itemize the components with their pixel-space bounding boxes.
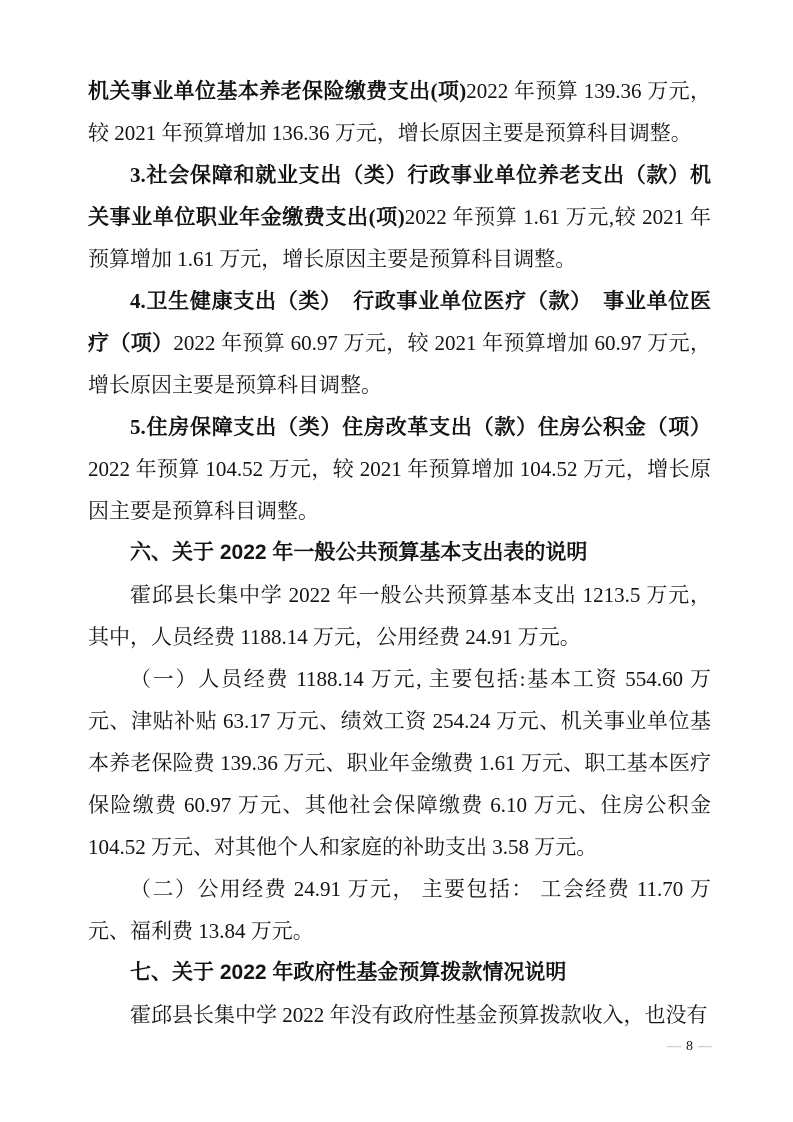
paragraph-item4-health-expenditure: 4.卫生健康支出（类） 行政事业单位医疗（款） 事业单位医疗（项）2022 年预…	[88, 280, 711, 406]
document-body: 机关事业单位基本养老保险缴费支出(项)2022 年预算 139.36 万元，较 …	[88, 70, 711, 1036]
paragraph-section7-body: 霍邱县长集中学 2022 年没有政府性基金预算拨款收入，也没有	[88, 994, 711, 1036]
page-number: 8	[681, 1039, 698, 1054]
page-footer: —8—	[667, 1037, 712, 1057]
paragraph-item3-occupational-annuity: 3.社会保障和就业支出（类）行政事业单位养老支出（款）机关事业单位职业年金缴费支…	[88, 154, 711, 280]
paragraph-item5-housing-fund: 5.住房保障支出（类）住房改革支出（款）住房公积金（项）2022 年预算 104…	[88, 406, 711, 532]
paragraph-public-funds-breakdown: （二）公用经费 24.91 万元， 主要包括： 工会经费 11.70 万元、福利…	[88, 868, 711, 952]
paragraph-personnel-funds-breakdown: （一）人员经费 1188.14 万元, 主要包括:基本工资 554.60 万元、…	[88, 658, 711, 868]
paragraph-section6-summary: 霍邱县长集中学 2022 年一般公共预算基本支出 1213.5 万元，其中，人员…	[88, 574, 711, 658]
budget-figures-text-run: 2022 年预算 60.97 万元，较 2021 年预算增加 60.97 万元，…	[88, 331, 711, 397]
budget-account-bold-run: 机关事业单位基本养老保险缴费支出(项)	[88, 79, 466, 103]
footer-dash-right: —	[698, 1039, 712, 1054]
section-heading-7-government-fund: 七、关于 2022 年政府性基金预算拨款情况说明	[88, 952, 711, 994]
budget-account-bold-run: 5.住房保障支出（类）住房改革支出（款）住房公积金（项）	[130, 415, 711, 439]
paragraph-basic-pension-contribution: 机关事业单位基本养老保险缴费支出(项)2022 年预算 139.36 万元，较 …	[88, 70, 711, 154]
footer-dash-left: —	[667, 1039, 681, 1054]
section-heading-6-basic-expenditure: 六、关于 2022 年一般公共预算基本支出表的说明	[88, 532, 711, 574]
budget-figures-text-run: 2022 年预算 104.52 万元，较 2021 年预算增加 104.52 万…	[88, 457, 711, 523]
document-page: 机关事业单位基本养老保险缴费支出(项)2022 年预算 139.36 万元，较 …	[0, 0, 793, 1122]
